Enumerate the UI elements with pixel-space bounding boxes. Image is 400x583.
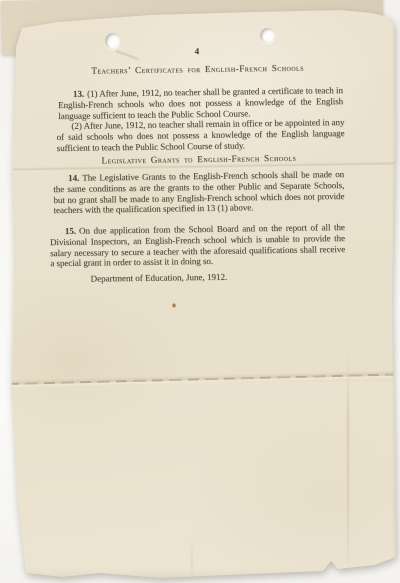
scan-background: 4 Teachers’ Certificates for English-Fre… (0, 0, 400, 583)
paragraph-13-text: (1) After June, 1912, no teacher shall b… (58, 85, 343, 121)
paragraph-13-sub2: (2) After June, 1912, no teacher shall r… (56, 117, 344, 153)
paragraph-13-sub2-text: (2) After June, 1912, no teacher shall r… (56, 117, 344, 153)
paragraph-15-text: On due application from the School Board… (50, 222, 345, 269)
paragraph-13: 13.(1) After June, 1912, no teacher shal… (58, 85, 343, 121)
paper-surface: 4 Teachers’ Certificates for English-Fre… (0, 0, 400, 583)
paragraph-14: 14.The Legislative Grants to the English… (53, 169, 345, 216)
paragraph-14-text: The Legislative Grants to the English-Fr… (53, 169, 344, 215)
paragraph-14-number: 14. (68, 173, 82, 183)
paragraph-13-number: 13. (73, 89, 87, 99)
page-number: 4 (51, 44, 343, 58)
section-heading-certificates: Teachers’ Certificates for English-Frenc… (52, 62, 344, 76)
signoff: Department of Education, June, 1912. (90, 272, 227, 284)
document-content: 4 Teachers’ Certificates for English-Fre… (51, 0, 351, 583)
paper-sheet: 4 Teachers’ Certificates for English-Fre… (0, 0, 400, 583)
paragraph-15: 15.On due application from the School Bo… (50, 222, 346, 269)
section-heading-grants: Legislative Grants to English-French Sch… (53, 152, 345, 166)
paragraph-15-number: 15. (65, 226, 79, 236)
